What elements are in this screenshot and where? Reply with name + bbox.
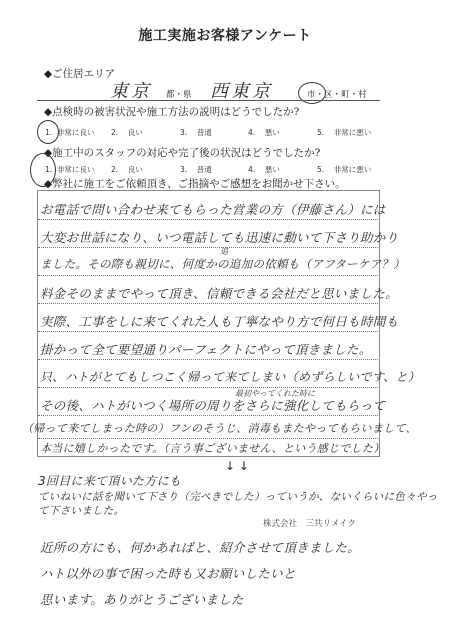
q1-option-4[interactable]: 4. 悪い [248,127,280,138]
arrows: ↓ ↓ [225,459,249,473]
ruled-line [38,275,378,276]
ruled-line [38,415,378,416]
question-1-options: 1. 非常に良い 2. 良い 3. 普通 4. 悪い 5. 非常に悪い [0,127,450,141]
survey-title: 施工実施お客様アンケート [0,25,450,45]
ruled-line [38,331,378,332]
q2-option-4[interactable]: 4. 悪い [248,164,280,175]
q1-selected-circle [37,120,59,144]
comment-line-1: お電話で問い合わせ来てもらった営業の方（伊藤さん）には [40,200,386,218]
comment-line-8: その後、ハトがいつく場所の周りをさらに強化してもらって [40,396,385,414]
q2-option-5[interactable]: 5. 非常に悪い [317,164,371,175]
ruled-line [38,219,378,220]
comment-line-4: 料金そのままでやって頂き、信頼できる会社だと思いました。 [40,284,398,302]
ruled-line [38,247,378,248]
comment-line-3: ました。その際も親切に、何度かの追加の依頼も（アフターケア？） [40,256,405,272]
comment-line-9: （帰って来てしまった時の）フンのそうじ、消毒もまたやってもらいまして、 [22,420,417,436]
q1-option-2[interactable]: 2. 良い [111,127,143,138]
closing-line-1: 近所の方にも、何かあればと、紹介させて頂きました。 [40,538,360,556]
extra-line-1: 3回目に来て頂いた方にも [38,472,181,489]
q2-option-2[interactable]: 2. 良い [111,164,143,175]
comment-line-5: 実際、工事をしに来てくれた人も丁寧なやり方で何日も時間も [40,312,398,330]
question-2-label: ◆施工中のスタッフの対応や完了後の状況はどうでしたか? [44,145,320,160]
company-name: 株式会社 三共リメイク [263,517,356,529]
ruled-line [38,387,378,388]
comment-line-10: 本当に嬉しかったです。（言う事ございません、という感じでした） [40,440,385,456]
comment-line-2: 大変お世話になり、いつ電話しても迅速に動いて下さり助かり [40,228,398,246]
q1-option-3[interactable]: 3. 普通 [180,127,212,138]
unit-mura: 村 [358,90,367,100]
question-1-label: ◆点検時の被害状況や施工方法の説明はどうでしたか? [44,104,299,119]
closing-line-2: ハト以外の事で困った時も又お願いしたいと [40,564,296,582]
ruled-line [38,303,378,304]
q1-option-5[interactable]: 5. 非常に悪い [317,127,371,138]
q2-option-3[interactable]: 3. 普通 [180,164,212,175]
comment-line-7: 只、ハトがとてもしつこく帰って来てしまい（めずらしいです、と） [40,368,420,385]
closing-line-3: 思います。ありがとうございました [40,590,244,608]
prefecture-unit: 都・県 [166,88,192,100]
unit-machi: 町 [341,90,350,100]
comment-line-6: 掛かって全て要望通りパーフェクトにやって頂きました。 [40,340,372,358]
extra-line-2: ていねいに話を聞いて下さり（完ぺきでした）っていうか、ないくらいに色々やって下さ… [38,490,438,518]
ruled-line [38,359,378,360]
area-underline [37,100,380,101]
comments-label: ◆弊社に施工をご依頼頂き、ご指摘やご感想をお聞かせ下さい。 [44,176,346,191]
ruled-line [38,438,378,439]
area-label: ◆ご住居エリア [44,66,115,81]
